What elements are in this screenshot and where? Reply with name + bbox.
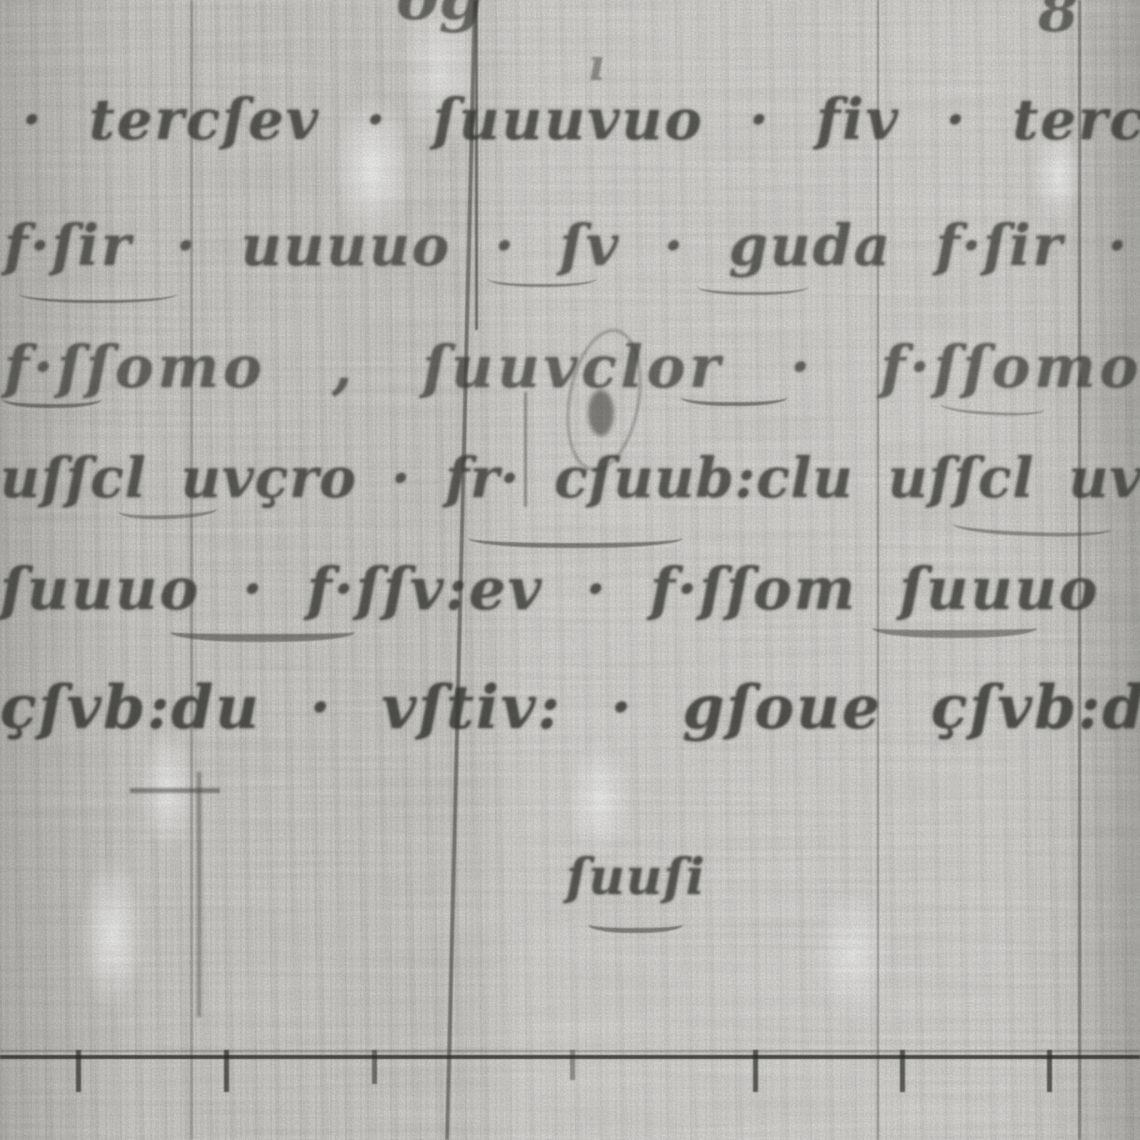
- ascender-stroke: [524, 392, 527, 507]
- ink-flourish: [872, 616, 1037, 638]
- script-fragment: ı: [588, 44, 605, 88]
- script-line: uſſcl uvçro · fr· cſuub:clu uſſcl uvçro …: [0, 450, 1140, 505]
- script-line: çſvb:du · vſtiv: · gſoue çſvb:du · vſti: [0, 678, 1140, 738]
- cross-mark-stem: [197, 772, 201, 1017]
- script-line: f·ſir · uuuuo · ſv · guda f·ſir · uuuuo …: [4, 218, 1140, 274]
- ruler-tick: [753, 1050, 758, 1092]
- ruler-tick: [224, 1050, 229, 1092]
- ink-flourish: [18, 282, 178, 303]
- ruler-tick: [372, 1050, 377, 1084]
- ink-flourish: [487, 268, 597, 287]
- manuscript-page: og ı 8 · tercſev · ſuuuvuo · fiv · tercſ…: [0, 0, 1140, 1140]
- footnote-word: ſuuſi: [566, 852, 706, 902]
- ruler-tick: [570, 1050, 575, 1080]
- ruler-tick: [900, 1050, 905, 1092]
- ink-blot: [588, 390, 614, 436]
- ruler-tick: [1047, 1050, 1052, 1092]
- script-line: · tercſev · ſuuuvuo · fiv · tercſev · ſu…: [22, 92, 1140, 148]
- fold-line-center-dark: [475, 0, 478, 330]
- ruler-tick: [76, 1050, 81, 1092]
- cross-mark: [130, 788, 220, 793]
- script-line: ſuuuo · f·ſſv:ev · f·ſſom ſuuuo · f·ſſv: [0, 560, 1140, 618]
- ink-flourish: [468, 526, 683, 548]
- ink-flourish: [170, 620, 355, 642]
- ink-flourish: [952, 511, 1113, 539]
- ink-flourish: [680, 386, 788, 406]
- ink-flourish: [2, 388, 102, 408]
- script-fragment: 8: [1038, 0, 1078, 40]
- footnote-underline: [588, 914, 683, 933]
- ink-flourish: [697, 276, 809, 295]
- script-fragment: og: [396, 0, 483, 30]
